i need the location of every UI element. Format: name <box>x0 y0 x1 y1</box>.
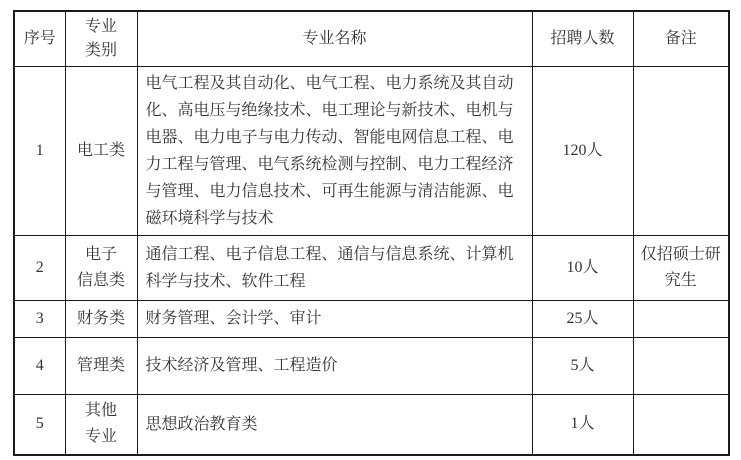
note-cell: 仅招硕士研究生 <box>633 235 729 300</box>
header-row: 序号 专业 类别 专业名称 招聘人数 备注 <box>14 11 729 66</box>
table-row: 2电子 信息类通信工程、电子信息工程、通信与信息系统、计算机科学与技术、软件工程… <box>14 235 729 300</box>
row-index-cell: 4 <box>14 337 65 394</box>
category-cell: 管理类 <box>65 337 137 394</box>
note-cell <box>633 66 729 235</box>
major-names-cell: 通信工程、电子信息工程、通信与信息系统、计算机科学与技术、软件工程 <box>137 235 532 300</box>
category-cell: 其他 专业 <box>65 394 137 455</box>
note-cell <box>633 337 729 394</box>
category-cell: 电工类 <box>65 66 137 235</box>
recruit-count-cell: 5人 <box>532 337 633 394</box>
header-count: 招聘人数 <box>532 11 633 66</box>
row-index-cell: 2 <box>14 235 65 300</box>
note-cell <box>633 300 729 337</box>
header-note: 备注 <box>633 11 729 66</box>
page: 序号 专业 类别 专业名称 招聘人数 备注 1电工类电气工程及其自动化、电气工程… <box>0 0 741 460</box>
table-row: 3财务类财务管理、会计学、审计25人 <box>14 300 729 337</box>
recruit-count-cell: 1人 <box>532 394 633 455</box>
table-body: 1电工类电气工程及其自动化、电气工程、电力系统及其自动化、高电压与绝缘技术、电工… <box>14 66 729 455</box>
header-index: 序号 <box>14 11 65 66</box>
row-index-cell: 3 <box>14 300 65 337</box>
recruit-count-cell: 10人 <box>532 235 633 300</box>
major-names-cell: 思想政治教育类 <box>137 394 532 455</box>
note-cell <box>633 394 729 455</box>
table-row: 5其他 专业思想政治教育类1人 <box>14 394 729 455</box>
recruit-count-cell: 120人 <box>532 66 633 235</box>
major-names-cell: 技术经济及管理、工程造价 <box>137 337 532 394</box>
table-row: 1电工类电气工程及其自动化、电气工程、电力系统及其自动化、高电压与绝缘技术、电工… <box>14 66 729 235</box>
major-names-cell: 电气工程及其自动化、电气工程、电力系统及其自动化、高电压与绝缘技术、电工理论与新… <box>137 66 532 235</box>
row-index-cell: 1 <box>14 66 65 235</box>
table-row: 4管理类技术经济及管理、工程造价5人 <box>14 337 729 394</box>
row-index-cell: 5 <box>14 394 65 455</box>
header-category: 专业 类别 <box>65 11 137 66</box>
table-header: 序号 专业 类别 专业名称 招聘人数 备注 <box>14 11 729 66</box>
category-cell: 财务类 <box>65 300 137 337</box>
header-major: 专业名称 <box>137 11 532 66</box>
recruitment-table: 序号 专业 类别 专业名称 招聘人数 备注 1电工类电气工程及其自动化、电气工程… <box>13 10 730 456</box>
major-names-cell: 财务管理、会计学、审计 <box>137 300 532 337</box>
recruit-count-cell: 25人 <box>532 300 633 337</box>
category-cell: 电子 信息类 <box>65 235 137 300</box>
